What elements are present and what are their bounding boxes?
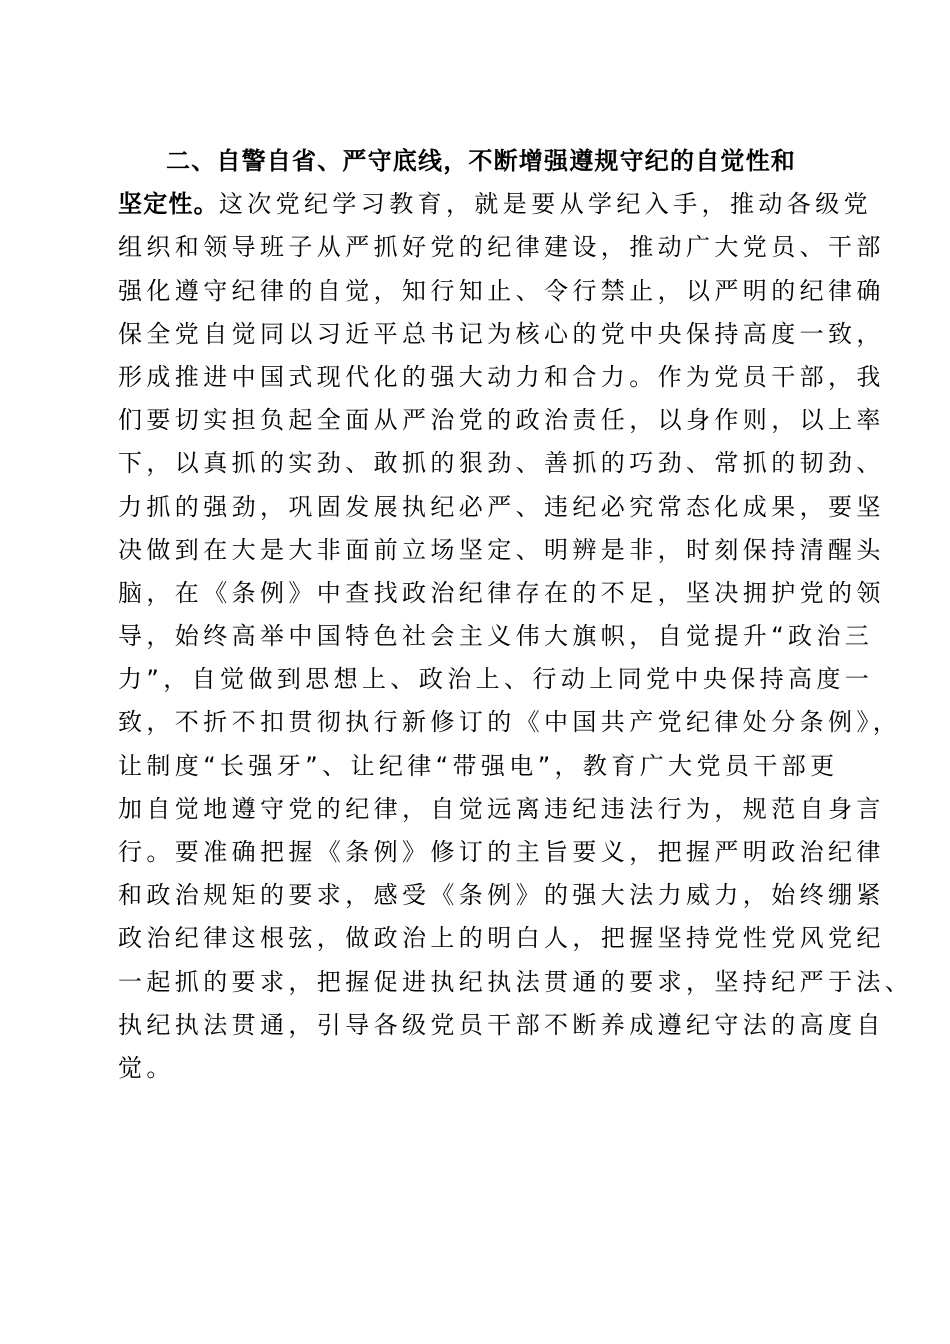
paragraph-line: 决做到在大是大非面前立场坚定、明辨是非，时刻保持清醒头	[118, 529, 838, 572]
paragraph-line: 力抓的强劲，巩固发展执纪必严、违纪必究常态化成果，要坚	[118, 486, 838, 529]
paragraph-line: 政治纪律这根弦，做政治上的明白人，把握坚持党性党风党纪	[118, 917, 838, 960]
paragraph-line: 们要切实担负起全面从严治党的政治责任，以身作则，以上率	[118, 399, 838, 442]
paragraph-line: 一起抓的要求，把握促进执纪执法贯通的要求，坚持纪严于法、	[118, 961, 838, 1004]
paragraph-text: 这次党纪学习教育，就是要从学纪入手，推动各级党	[219, 190, 872, 218]
paragraph-line: 觉。	[118, 1047, 838, 1090]
paragraph-line: 形成推进中国式现代化的强大动力和合力。作为党员干部，我	[118, 356, 838, 399]
paragraph-line: 下，以真抓的实劲、敢抓的狠劲、善抓的巧劲、常抓的韧劲、	[118, 442, 838, 485]
document-page: 二、自警自省、严守底线，不断增强遵规守纪的自觉性和 坚定性。这次党纪学习教育，就…	[0, 0, 950, 1344]
paragraph-line: 强化遵守纪律的自觉，知行知止、令行禁止，以严明的纪律确	[118, 270, 838, 313]
paragraph-line: 让制度“长强牙”、让纪律“带强电”，教育广大党员干部更	[118, 745, 838, 788]
paragraph-line: 导，始终高举中国特色社会主义伟大旗帜，自觉提升“政治三	[118, 615, 838, 658]
document-body: 二、自警自省、严守底线，不断增强遵规守纪的自觉性和 坚定性。这次党纪学习教育，就…	[118, 140, 838, 1090]
paragraph-line: 保全党自觉同以习近平总书记为核心的党中央保持高度一致，	[118, 313, 838, 356]
paragraph-line: 和政治规矩的要求，感受《条例》的强大法力威力，始终绷紧	[118, 874, 838, 917]
paragraph-line: 行。要准确把握《条例》修订的主旨要义，把握严明政治纪律	[118, 831, 838, 874]
paragraph-line: 坚定性。这次党纪学习教育，就是要从学纪入手，推动各级党	[118, 183, 838, 226]
section-heading: 二、自警自省、严守底线，不断增强遵规守纪的自觉性和	[118, 140, 838, 183]
section-heading-continuation: 坚定性。	[118, 190, 219, 218]
paragraph-line: 执纪执法贯通，引导各级党员干部不断养成遵纪守法的高度自	[118, 1004, 838, 1047]
paragraph-line: 力”，自觉做到思想上、政治上、行动上同党中央保持高度一	[118, 658, 838, 701]
paragraph-line: 脑，在《条例》中查找政治纪律存在的不足，坚决拥护党的领	[118, 572, 838, 615]
paragraph-line: 致，不折不扣贯彻执行新修订的《中国共产党纪律处分条例》，	[118, 701, 838, 744]
paragraph-line: 组织和领导班子从严抓好党的纪律建设，推动广大党员、干部	[118, 226, 838, 269]
paragraph-line: 加自觉地遵守党的纪律，自觉远离违纪违法行为，规范自身言	[118, 788, 838, 831]
